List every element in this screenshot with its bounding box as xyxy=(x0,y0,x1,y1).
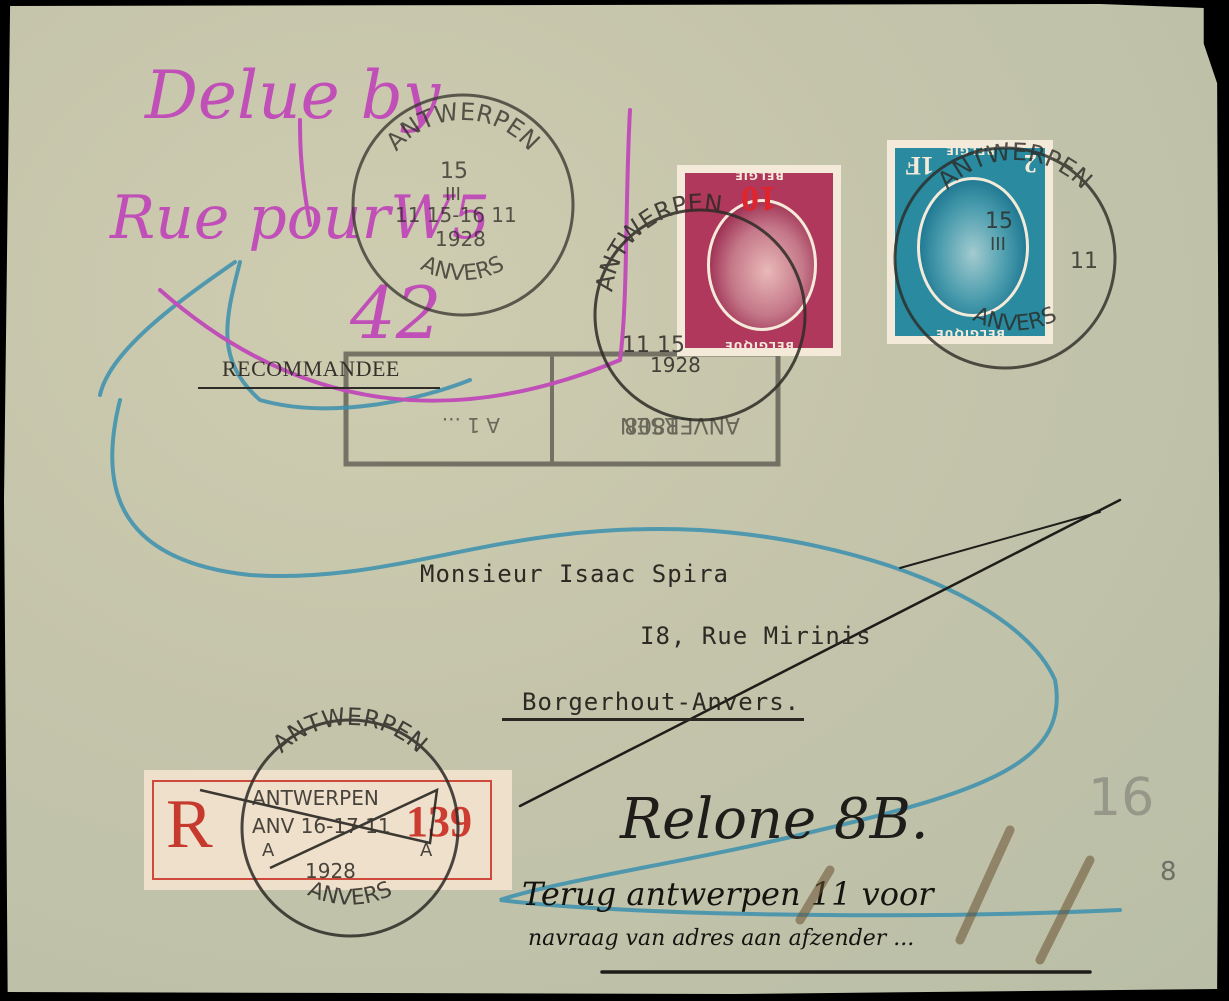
stamp-country-fr: BELGIQUE xyxy=(677,339,841,352)
recommandee-label: RECOMMANDEE xyxy=(222,356,400,382)
pink-handwriting-line1: Delue by xyxy=(144,57,441,134)
envelope-photo: A 1 ... ANVERSEN 1808 Delue by Rue pourW… xyxy=(0,0,1229,1001)
pencil-mark-8: 8 xyxy=(1160,857,1177,887)
recommandee-underline xyxy=(198,387,440,389)
box-cancel-left-text: A 1 ... xyxy=(442,413,500,437)
stamp-overprint-value: 10 xyxy=(677,181,841,217)
box-cancel-stamp: A 1 ... ANVERSEN 1808 xyxy=(346,354,778,464)
stamp-country-fr: BELGIQUE xyxy=(887,327,1053,340)
box-cancel-sub-text: 1808 xyxy=(624,412,680,437)
stamp-10c-overprint: BELGIE 10 BELGIQUE xyxy=(677,165,841,356)
pencil-mark-16: 16 xyxy=(1088,768,1154,828)
ink-note-line1: Terug antwerpen 11 voor xyxy=(522,875,935,913)
pink-handwriting-line2: Rue pourW5 xyxy=(109,183,490,253)
registration-number: 139 xyxy=(406,800,472,844)
stamp-corner-value: 2 xyxy=(1024,150,1037,176)
stamp-denomination: 1F xyxy=(905,152,934,178)
address-street: I8, Rue Mirinis xyxy=(640,622,872,650)
registration-label: R 139 xyxy=(144,770,512,890)
registration-letter: R xyxy=(166,790,213,860)
pink-handwriting-number: 42 xyxy=(349,271,442,355)
ink-note-line2: navraag van adres aan afzender ... xyxy=(528,926,914,951)
ink-signature: Relone 8B. xyxy=(619,787,929,852)
king-albert-portrait xyxy=(917,177,1029,318)
address-city: Borgerhout-Anvers. xyxy=(502,688,804,721)
king-albert-portrait xyxy=(707,199,818,331)
stamp-1f: BELGIE 1F 2 BELGIQUE xyxy=(887,140,1053,344)
address-name: Monsieur Isaac Spira xyxy=(420,560,729,588)
